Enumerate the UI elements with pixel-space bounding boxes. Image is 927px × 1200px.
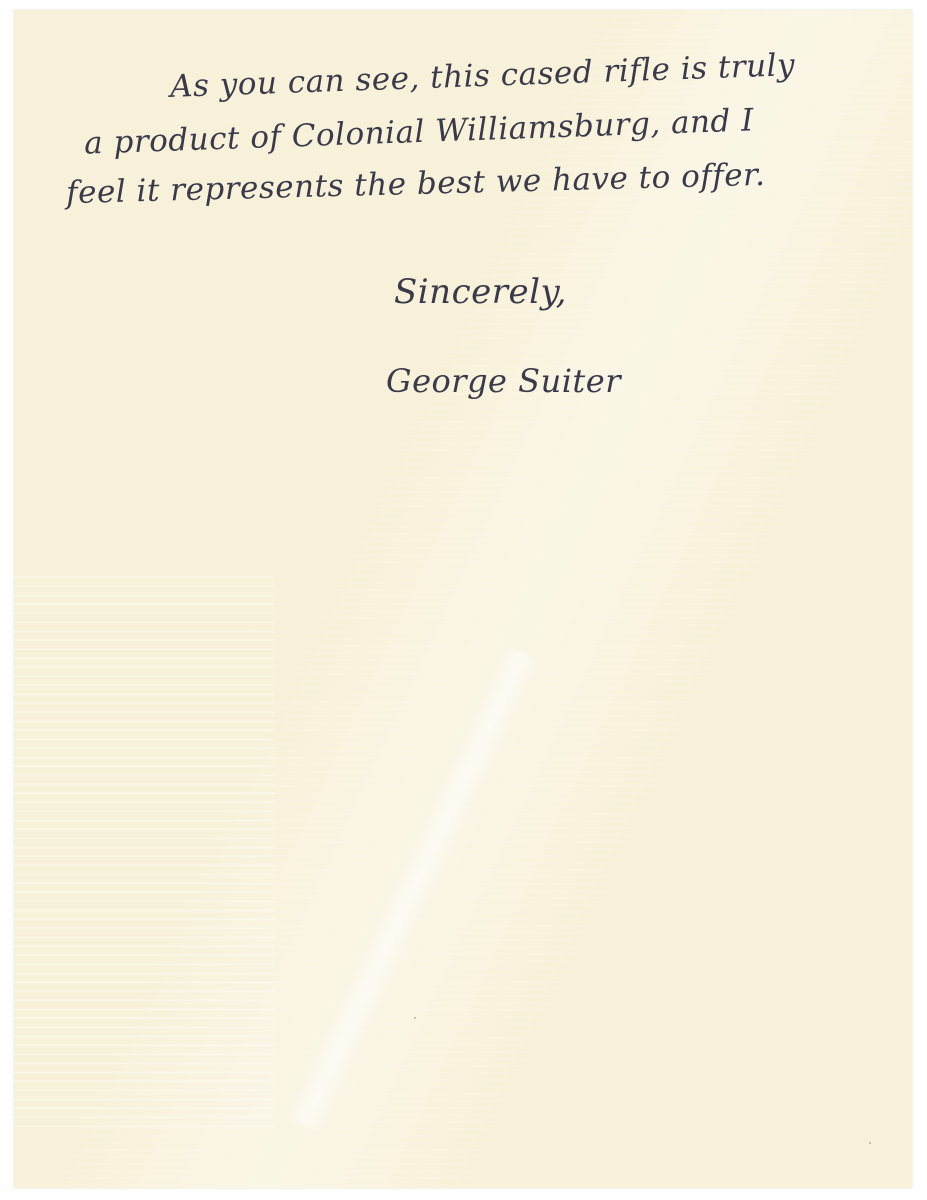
letter-body-line-3: feel it represents the best we have to o…: [66, 157, 766, 211]
paper-speck: [869, 1142, 871, 1144]
letter-signature: George Suiter: [386, 362, 621, 400]
scan-streaks: [14, 570, 274, 1130]
letter-body-line-2: a product of Colonial Williamsburg, and …: [84, 102, 755, 161]
letter-page: As you can see, this cased rifle is trul…: [14, 10, 912, 1188]
letter-body-line-1: As you can see, this cased rifle is trul…: [170, 47, 796, 105]
letter-closing: Sincerely,: [394, 272, 567, 312]
paper-speck: [414, 1017, 416, 1019]
scan-glare: [286, 646, 542, 1134]
